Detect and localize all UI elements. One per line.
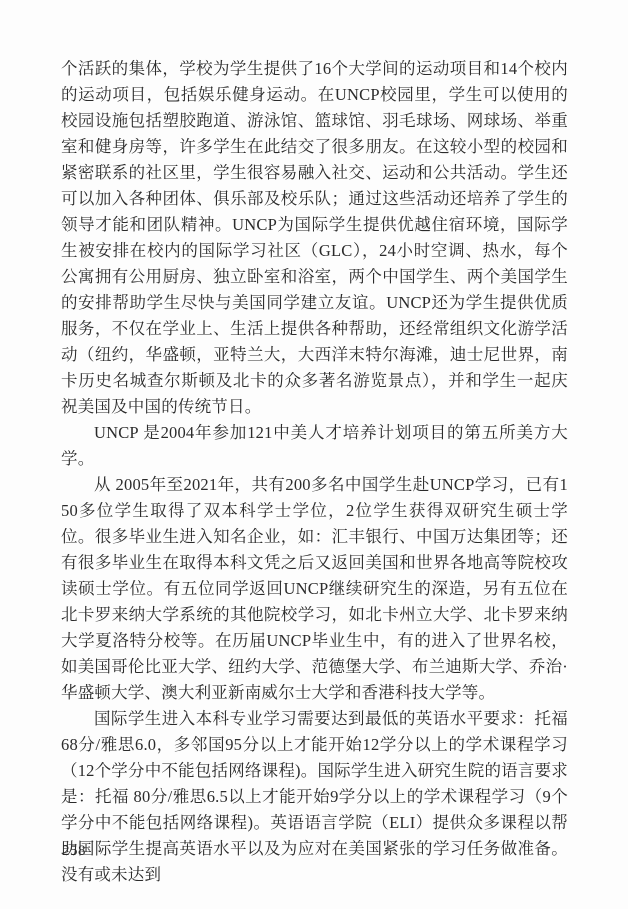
body-paragraph: 个活跃的集体，学校为学生提供了16个大学间的运动项目和14个校内的运动项目，包括… (61, 56, 568, 420)
body-paragraph: 从 2005年至2021年，共有200多名中国学生赴UNCP学习，已有150多位… (61, 472, 568, 706)
document-page: 个活跃的集体，学校为学生提供了16个大学间的运动项目和14个校内的运动项目，包括… (0, 0, 628, 909)
body-paragraph: 国际学生进入本科专业学习需要达到最低的英语水平要求：托福68分/雅思6.0，多邻… (61, 706, 568, 888)
page-number: 258 (62, 840, 86, 862)
body-paragraph: UNCP 是2004年参加121中美人才培养计划项目的第五所美方大学。 (61, 420, 568, 472)
page-body-text: 个活跃的集体，学校为学生提供了16个大学间的运动项目和14个校内的运动项目，包括… (61, 56, 568, 888)
